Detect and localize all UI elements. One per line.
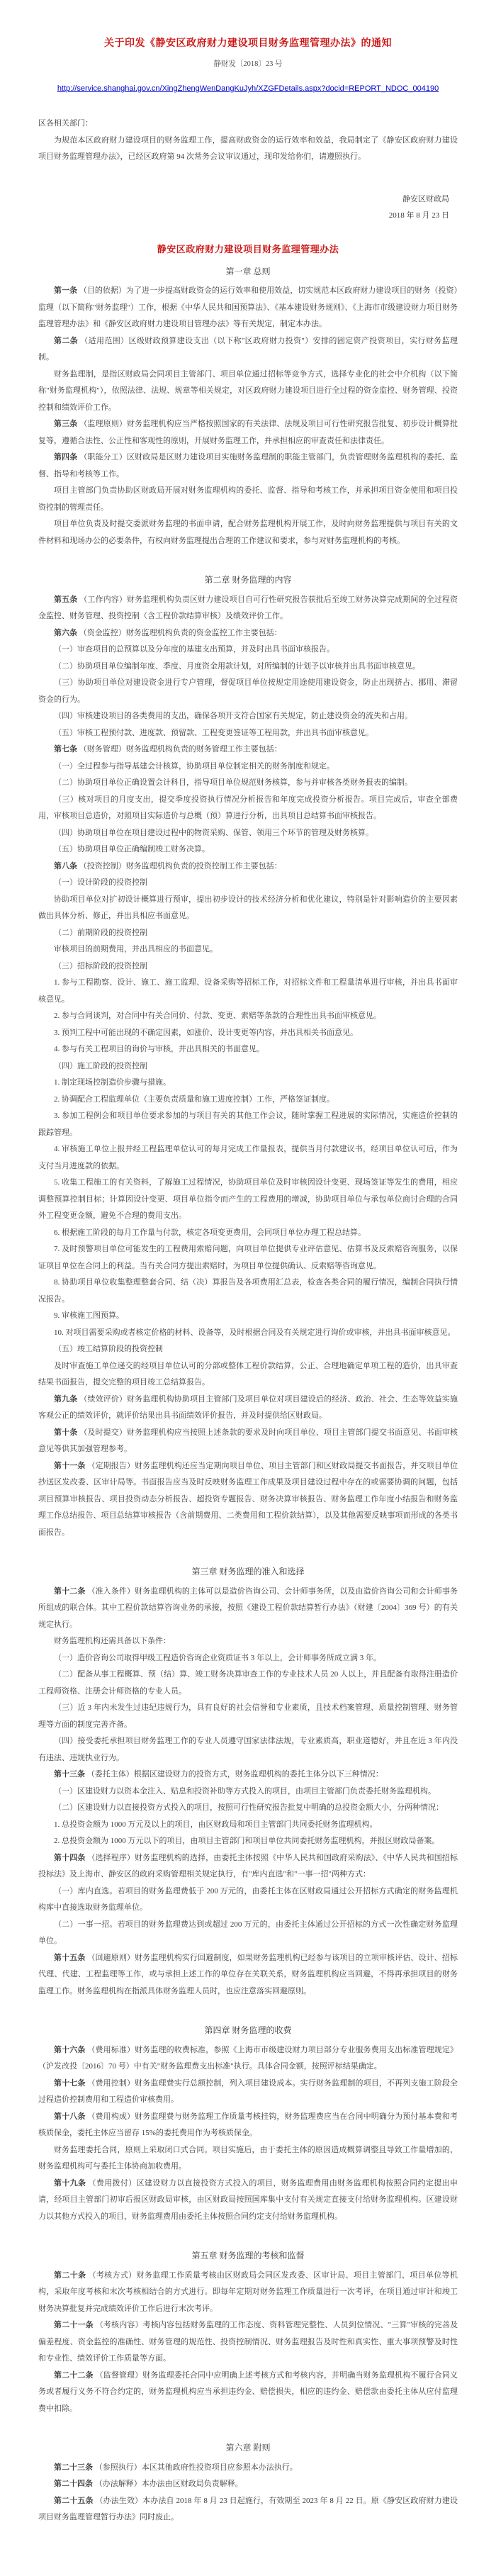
measure-paragraph: 3. 参加工程例会和项目单位要求参加的与项目有关的其他工作会议，随时掌握工程进展… <box>38 1108 458 1141</box>
measure-paragraph: （四）施工阶段的投资控制 <box>38 1058 458 1075</box>
measure-paragraph: 及时审查施工单位递交的经项目单位认可的分部或整体工程价款结算，公正、合理地确定单… <box>38 1358 458 1391</box>
article-number: 第十九条 <box>54 2179 88 2188</box>
measure-paragraph: （五）审核工程预付款、进度款、预留款、工程变更签证等工程用款，并出具书面审核意见… <box>38 725 458 742</box>
measure-paragraph: 第十二条 （准入条件）财务监理机构的主体可以是造价咨询公司、会计师事务所，以及由… <box>38 1584 458 1634</box>
doc-number: 静财发〔2018〕23 号 <box>38 58 458 69</box>
article-number: 第四条 <box>54 453 79 461</box>
measure-paragraph: 第十七条 （费用控制）财务监理费实行总额控制，列入项目建设成本。实行财务监理制的… <box>38 2076 458 2109</box>
measure-paragraph: 1. 总投资金额为 1000 万元及以上的项目，由区财政局和项目主管部门共同委托… <box>38 1817 458 1834</box>
article-number: 第三条 <box>54 420 79 428</box>
article-number: 第二十二条 <box>54 2371 96 2380</box>
measure-paragraph: 第二十二条 （监督管理）财务监理委托合同中应明确上述考核方式和考核内容，并明确当… <box>38 2368 458 2418</box>
measure-paragraph: 4. 审核施工单位上报并经工程监理单位认可的每月完成工作量报表，提供当月付款建议… <box>38 1141 458 1175</box>
measure-paragraph: （三）核对项目的月度支出，提交季度投资执行情况分析报告和年度完成投资分析报告。项… <box>38 792 458 825</box>
notice-body: 为规范本区政府财力建设项目的财务监理工作，提高财政资金的运行效率和效益，我局制定… <box>38 133 458 166</box>
measure-paragraph: 第二十四条 （办法解释）本办法由区财政局负责解释。 <box>38 2476 458 2493</box>
article-number: 第十七条 <box>54 2079 87 2088</box>
measure-paragraph: （四）审核建设项目的各类费用的支出，确保各项开支符合国家有关规定，防止建设资金的… <box>38 708 458 725</box>
document-page: 关于印发《静安区政府财力建设项目财务监理管理办法》的通知 静财发〔2018〕23… <box>0 0 496 2576</box>
measure-paragraph: （三）协助项目单位对建设资金进行专户管理，督促项目单位按规定用途使用建设资金，防… <box>38 675 458 708</box>
measure-paragraph: （三）招标阶段的投资控制 <box>38 958 458 975</box>
measure-paragraph: 4. 参与有关工程项目的询价与审核，并出具相关的书面意见。 <box>38 1041 458 1058</box>
signer: 静安区财政局 <box>38 191 458 208</box>
article-number: 第十六条 <box>54 2046 87 2054</box>
measure-paragraph: 2. 参与合同谈判，对合同中有关合同价、付款、变更、索赔等条款的合理性出具书面审… <box>38 1008 458 1025</box>
measure-paragraph: 第十五条 （回避原则）财务监理机构实行回避制度，如果财务监理机构已经参与该项目的… <box>38 1950 458 2000</box>
measure-paragraph: （五）竣工结算阶段的投资控制 <box>38 1341 458 1358</box>
article-number: 第七条 <box>54 745 79 754</box>
measure-paragraph: （一）造价咨询公司取得甲级工程造价咨询企业资质证书 3 年以上，会计师事务所成立… <box>38 1650 458 1667</box>
measure-paragraph: （一）全过程参与指导基建会计核算，协助项目单位制定相关的财务制度和规定。 <box>38 758 458 775</box>
article-number: 第二十条 <box>54 2271 88 2280</box>
article-number: 第十三条 <box>54 1770 87 1779</box>
chapter-heading: 第四章 财务监理的收费 <box>38 2022 458 2039</box>
article-number: 第二十四条 <box>54 2480 95 2488</box>
article-number: 第二条 <box>54 337 80 345</box>
chapter-heading: 第五章 财务监理的考核和监督 <box>38 2248 458 2265</box>
measure-paragraph: 财务监理制，是指区财政局会同项目主管部门、项目单位通过招标等竞争方式，选择专业化… <box>38 366 458 417</box>
source-link-row: http://service.shanghai.gov.cn/XingZheng… <box>38 82 458 94</box>
measure-paragraph: 第十八条 （费用构成）财务监理费与财务监理工作质量考核挂钩，财务监理费应当在合同… <box>38 2109 458 2142</box>
measure-paragraph: 5. 收集工程施工的有关资料，了解施工过程情况，协助项目单位及时审核因设计变更、… <box>38 1175 458 1225</box>
salutation: 区各相关部门： <box>38 116 458 133</box>
article-number: 第十四条 <box>54 1854 87 1862</box>
measure-paragraph: 第一条 （目的依据）为了进一步提高财政资金的运行效率和使用效益，切实规范本区政府… <box>38 283 458 333</box>
chapter-heading: 第二章 财务监理的内容 <box>38 572 458 589</box>
article-number: 第十八条 <box>54 2112 87 2121</box>
chapter-heading: 第六章 附则 <box>38 2440 458 2457</box>
notice-title: 关于印发《静安区政府财力建设项目财务监理管理办法》的通知 <box>38 35 458 50</box>
measure-paragraph: 第十一条 （定期报告）财务监理机构还应当定期向项目单位、项目主管部门和区财政局提… <box>38 1458 458 1542</box>
article-number: 第六条 <box>54 629 79 637</box>
measure-paragraph: （一）区建设财力以资本金注入、贴息和投资补助等方式投入的项目，由项目主管部门负责… <box>38 1783 458 1801</box>
measure-paragraph: 第四条 （职能分工）区财政局是区财力建设项目实施财务监理制的职能主管部门，负责管… <box>38 449 458 483</box>
measure-paragraph: 第五条 （工作内容）财务监理机构负责区财力建设项目自可行性研究报告获批后至竣工财… <box>38 592 458 625</box>
measure-paragraph: 2. 总投资金额为 1000 万元以下的项目，由项目主管部门和项目单位共同委托财… <box>38 1833 458 1850</box>
measure-paragraph: 第八条 （投资控制）财务监理机构负责的投资控制工作主要包括： <box>38 858 458 875</box>
measures-title: 静安区政府财力建设项目财务监理管理办法 <box>38 242 458 255</box>
measure-paragraph: （一）库内直选。若项目的财务监理费低于 200 万元的，由委托主体在区财政局通过… <box>38 1883 458 1917</box>
measure-paragraph: 财务监理委托合同，原则上采取闭口式合同。项目实施后，由于委托主体的原因造成概算调… <box>38 2142 458 2175</box>
measures-chapters: 第一章 总则第一条 （目的依据）为了进一步提高财政资金的运行效率和使用效益，切实… <box>38 264 458 2526</box>
article-number: 第九条 <box>54 1395 79 1404</box>
measure-paragraph: 财务监理机构还需具备以下条件： <box>38 1633 458 1650</box>
measure-paragraph: 第十六条 （费用标准）财务监理的收费标准，参照《上海市市级建设财力项目部分专业服… <box>38 2042 458 2076</box>
article-number: 第一条 <box>54 286 79 295</box>
measure-paragraph: 第二十条 （考核方式）财务监理工作质量考核由区财政局会同区发改委、区审计局、项目… <box>38 2268 458 2318</box>
article-number: 第十一条 <box>54 1462 87 1470</box>
measure-paragraph: 第三条 （监理原则）财务监理机构应当严格按照国家的有关法律、法规及项目可行性研究… <box>38 416 458 449</box>
measure-paragraph: 第十九条 （费用拨付）区建设财力以直接投资方式投入的项目，财务监理费用由财务监理… <box>38 2175 458 2226</box>
measure-paragraph: 第二十三条 （参照执行）本区其他政府性投资项目应参照本办法执行。 <box>38 2460 458 2477</box>
measure-paragraph: （二）前期阶段的投资控制 <box>38 925 458 942</box>
measure-paragraph: 6. 根据施工阶段的每月工作量与付款，核定各项变更费用，会同项目单位办理工程总结… <box>38 1225 458 1242</box>
chapter-heading: 第三章 财务监理的准入和选择 <box>38 1564 458 1581</box>
measure-paragraph: （二）区建设财力以直接投资方式投入的项目，按照可行性研究报告批复中明确的总投资金… <box>38 1800 458 1817</box>
measure-paragraph: 审核项目的前期费用，并出具相应的书面意见。 <box>38 941 458 958</box>
article-number: 第二十五条 <box>54 2497 95 2505</box>
measure-paragraph: 协助项目单位对扩初设计概算进行预审，提出初步设计的技术经济分析和优化建议，特别是… <box>38 892 458 925</box>
measure-paragraph: （二）协助项目单位编制年度、季度、月度资金用款计划，对所编制的计划予以审核并出具… <box>38 659 458 676</box>
measure-paragraph: 1. 参与工程勘察、设计、施工、施工监理、设备采购等招标工作，对招标文件和工程量… <box>38 975 458 1008</box>
measure-paragraph: 第十条 （及时提交）财务监理机构应当按照上述条款的要求及时向项目单位、项目主管部… <box>38 1425 458 1458</box>
measure-paragraph: 第九条 （绩效评价）财务监理机构协助项目主管部门及项目单位对项目建设后的经济、政… <box>38 1391 458 1425</box>
measure-paragraph: 项目主管部门负责协助区财政局开展对财务监理机构的委托、监督、指导和考核工作，并承… <box>38 483 458 516</box>
source-link[interactable]: http://service.shanghai.gov.cn/XingZheng… <box>57 84 439 93</box>
measure-paragraph: （四）协助项目单位在项目建设过程中的物资采购、保管、领用三个环节的管理及财务核算… <box>38 825 458 842</box>
article-number: 第十五条 <box>54 1954 87 1962</box>
measure-paragraph: （二）一事一招。若项目的财务监理费达到或超过 200 万元的，由委托主体通过公开… <box>38 1917 458 1950</box>
chapter-heading: 第一章 总则 <box>38 264 458 281</box>
measure-paragraph: 第十三条 （委托主体）根据区建设财力的投资方式，财务监理机构的委托主体分以下三种… <box>38 1766 458 1783</box>
measure-paragraph: （五）协助项目单位正确编制竣工财务决算。 <box>38 841 458 858</box>
measure-paragraph: 3. 预判工程中可能出现的不确定因素，如涨价、设计变更等内容，并出具相关书面意见… <box>38 1025 458 1042</box>
measure-paragraph: 第六条 （资金监控）财务监理机构负责的资金监控工作主要包括： <box>38 625 458 642</box>
measure-paragraph: 第二条 （适用范围）区级财政预算建设支出（以下称"区政府财力投资"）安排的固定资… <box>38 333 458 366</box>
measure-paragraph: 第十四条 （选择程序）财务监理机构的选择，由委托主体按照《中华人民共和国政府采购… <box>38 1850 458 1883</box>
measure-paragraph: （一）设计阶段的投资控制 <box>38 875 458 892</box>
measure-paragraph: （四）接受委托承担项目财务监理工作的专业人员遵守国家法律法规，专业素质高，职业道… <box>38 1733 458 1766</box>
article-number: 第十二条 <box>54 1587 87 1596</box>
measure-paragraph: 10. 对项目需要采购或者核定价格的材料、设备等，及时根据合同及有关规定进行询价… <box>38 1325 458 1342</box>
sign-date: 2018 年 8 月 23 日 <box>38 208 458 225</box>
measure-paragraph: 第二十五条 （办法生效）本办法自 2018 年 8 月 23 日起施行，有效期至… <box>38 2493 458 2526</box>
measure-paragraph: 9. 审核施工图预算。 <box>38 1308 458 1325</box>
measure-paragraph: 2. 协调配合工程监理单位（主要负责质量和施工进度控制）工作，严格签证制度。 <box>38 1092 458 1109</box>
measure-paragraph: 第二十一条 （考核内容）考核内容包括财务监理的工作态度、资料管理完整性、人员到位… <box>38 2317 458 2368</box>
article-number: 第五条 <box>54 595 79 604</box>
measure-paragraph: 7. 及时预警项目单位可能发生的工程费用索赔问题，向项目单位提供专业评估意见、估… <box>38 1241 458 1275</box>
measure-paragraph: 第七条 （财务管理）财务监理机构负责的财务管理工作主要包括： <box>38 741 458 758</box>
article-number: 第八条 <box>54 862 79 870</box>
measure-paragraph: （一）审查项目的总预算以及分年度的基建支出预算，并及时出具书面审核报告。 <box>38 642 458 659</box>
article-number: 第十条 <box>54 1428 79 1437</box>
measure-paragraph: 项目单位负责及时提交委派财务监理的书面申请，配合财务监理机构开展工作，及时向财务… <box>38 516 458 549</box>
measure-paragraph: （三）近 3 年内未发生过违纪违规行为，具有良好的社会信誉和专业素质，且技术档案… <box>38 1700 458 1733</box>
measure-paragraph: （二）协助项目单位正确设置会计科目，指导项目单位规范财务核算，参与并审核各类财务… <box>38 775 458 792</box>
measure-paragraph: （二）配备从事工程概算、预（结）算、竣工财务决算审查工作的专业技术人员 20 人… <box>38 1667 458 1700</box>
measure-paragraph: 8. 协助项目单位收集整理整套合同、结（决）算报告及各项费用汇总表，检查各类合同… <box>38 1275 458 1308</box>
article-number: 第二十一条 <box>54 2321 96 2329</box>
measure-paragraph: 1. 制定现场控制造价步骤与措施。 <box>38 1075 458 1092</box>
article-number: 第二十三条 <box>54 2463 95 2472</box>
